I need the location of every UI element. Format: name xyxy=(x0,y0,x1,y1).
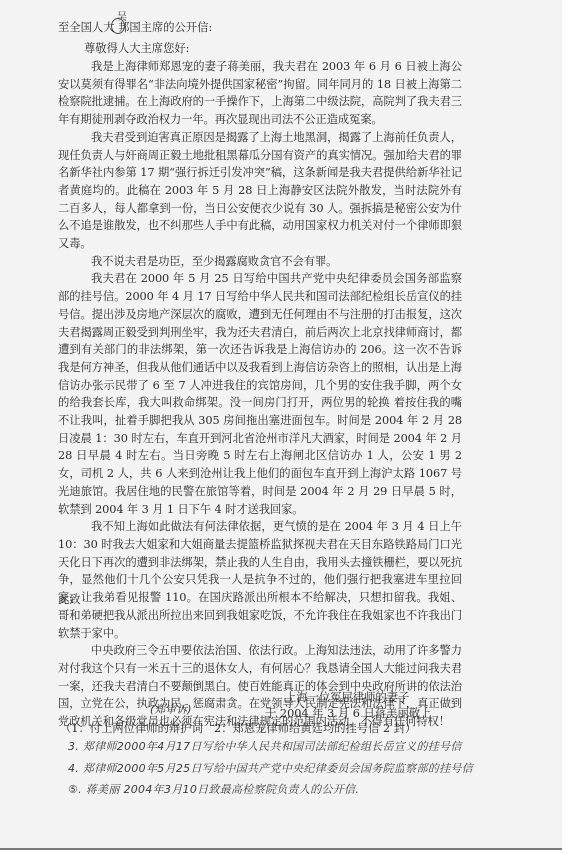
body-paragraph: 我夫君受到迫害真正原因是揭露了上海土地黑洞，揭露了上海前任负责人，现任负责人与奸… xyxy=(58,129,462,253)
signature-line-2: 于 2004 年 3 月 6 日蒋美丽敬上 xyxy=(265,705,431,721)
handwritten-addition: 3. 郑律师2000年4月17日写给中华人民共和国司法部纪检组长岳宣义的挂号信 xyxy=(68,738,462,754)
letter-page: 吴 至全国人大 邦国主席的公开信: 尊敬得人大主席您好: 我是上海律师郑恩宠的妻… xyxy=(0,0,562,850)
attachments-line: （1：付上两位律师的辩护词 2：郑恩宠律师给黄廷均的挂号信 2 封） xyxy=(60,720,416,736)
letter-greeting: 尊敬得人大主席您好: xyxy=(84,40,189,56)
body-paragraph: 我夫君在 2000 年 5 月 25 日写给中国共产党中央纪律委员会国务部监察部… xyxy=(58,270,462,518)
handwritten-addition: 4. 郑律师2000年5月25日写给中国共产党中央纪律委员会国务院监察部的挂号信 xyxy=(68,760,473,776)
handwritten-addition: ⑤. 蒋美丽 2004年3月10日致最高检察院负责人的公开信. xyxy=(68,781,359,797)
letter-closing: 此致 xyxy=(58,591,81,607)
body-paragraph: 我是上海律师郑恩宠的妻子蒋美丽，我夫君在 2003 年 6 月 6 日被上海公安… xyxy=(58,58,462,129)
body-paragraph: 我不说夫君是功臣，至少揭露腐败贪官不会有罪。 xyxy=(58,253,462,271)
letter-title: 至全国人大 邦国主席的公开信: xyxy=(58,19,212,35)
letter-body: 我是上海律师郑恩宠的妻子蒋美丽，我夫君在 2003 年 6 月 6 日被上海公安… xyxy=(58,58,462,731)
signature-line-1: 上海一位冤屈律师的妻子 xyxy=(285,689,409,705)
handwritten-note: (郑审诉) xyxy=(150,701,192,717)
body-paragraph: 我不知上海如此做法有何法律依据，更气愤的是在 2004 年 3 月 4 日上午 … xyxy=(58,518,462,642)
